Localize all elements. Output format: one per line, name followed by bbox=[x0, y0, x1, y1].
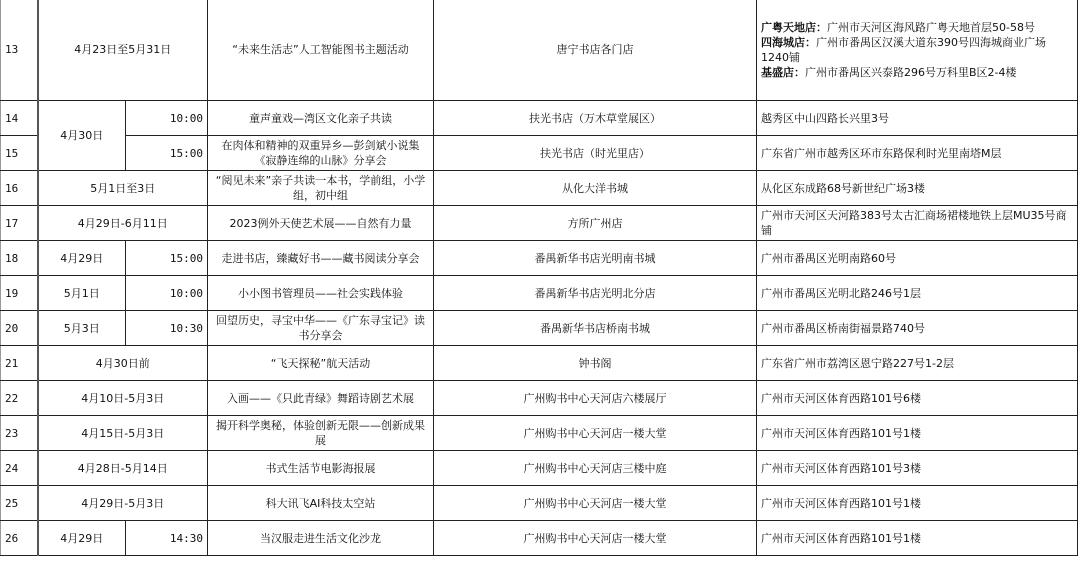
store-name: 四海城店： bbox=[761, 36, 816, 49]
event-title: 揭开科学奥秘，体验创新无限——创新成果展 bbox=[208, 416, 434, 451]
event-venue: 广州购书中心天河店一楼大堂 bbox=[434, 521, 757, 556]
event-venue: 广州购书中心天河店六楼展厅 bbox=[434, 381, 757, 416]
table-row: 16 5月1日至3日 “阅见未来”亲子共读一本书，学前组，小学组，初中组 从化大… bbox=[1, 171, 1078, 206]
table-row: 13 4月23日至5月31日 “未来生活志”人工智能图书主题活动 唐宁书店各门店… bbox=[1, 0, 1078, 101]
event-venue: 广州购书中心天河店一楼大堂 bbox=[434, 416, 757, 451]
row-number: 17 bbox=[1, 206, 38, 241]
row-number: 14 bbox=[1, 101, 38, 136]
store-address: 广州市番禺区兴泰路296号万科里B区2-4楼 bbox=[805, 66, 1017, 79]
event-time: 15:00 bbox=[126, 136, 208, 171]
event-address: 广东省广州市越秀区环市东路保利时光里南塔M层 bbox=[757, 136, 1078, 171]
event-time: 14:30 bbox=[126, 521, 208, 556]
event-address: 广州市番禺区光明北路246号1层 bbox=[757, 276, 1078, 311]
event-address: 广州市番禺区光明南路60号 bbox=[757, 241, 1078, 276]
event-venue: 方所广州店 bbox=[434, 206, 757, 241]
event-date: 4月29日 bbox=[38, 521, 126, 556]
event-date: 4月28日-5月14日 bbox=[38, 451, 208, 486]
event-venue: 钟书阁 bbox=[434, 346, 757, 381]
event-address: 广州市番禺区桥南街福景路740号 bbox=[757, 311, 1078, 346]
table-row: 24 4月28日-5月14日 书式生活节电影海报展 广州购书中心天河店三楼中庭 … bbox=[1, 451, 1078, 486]
event-title: 小小图书管理员——社会实践体验 bbox=[208, 276, 434, 311]
event-address: 广州市天河区体育西路101号3楼 bbox=[757, 451, 1078, 486]
event-title: “飞天探秘”航天活动 bbox=[208, 346, 434, 381]
event-date: 5月3日 bbox=[38, 311, 126, 346]
address-line: 基盛店：广州市番禺区兴泰路296号万科里B区2-4楼 bbox=[761, 65, 1073, 80]
row-number: 13 bbox=[1, 0, 38, 101]
table-row: 17 4月29日-6月11日 2023例外天使艺术展——自然有力量 方所广州店 … bbox=[1, 206, 1078, 241]
row-number: 19 bbox=[1, 276, 38, 311]
row-number: 22 bbox=[1, 381, 38, 416]
event-venue: 番禺新华书店光明南书城 bbox=[434, 241, 757, 276]
event-date: 4月29日-6月11日 bbox=[38, 206, 208, 241]
event-address: 广州市天河区天河路383号太古汇商场裙楼地铁上层MU35号商铺 bbox=[757, 206, 1078, 241]
event-venue: 广州购书中心天河店三楼中庭 bbox=[434, 451, 757, 486]
event-venue: 扶光书店（万木草堂展区） bbox=[434, 101, 757, 136]
event-date: 4月10日-5月3日 bbox=[38, 381, 208, 416]
table-row: 19 5月1日 10:00 小小图书管理员——社会实践体验 番禺新华书店光明北分… bbox=[1, 276, 1078, 311]
event-date: 4月23日至5月31日 bbox=[38, 0, 208, 101]
event-time: 15:00 bbox=[126, 241, 208, 276]
event-title: 当汉服走进生活文化沙龙 bbox=[208, 521, 434, 556]
event-venue: 番禺新华书店光明北分店 bbox=[434, 276, 757, 311]
event-date: 4月29日-5月3日 bbox=[38, 486, 208, 521]
event-venue: 唐宁书店各门店 bbox=[434, 0, 757, 101]
store-name: 广粤天地店： bbox=[761, 21, 827, 34]
row-number: 18 bbox=[1, 241, 38, 276]
address-line: 四海城店：广州市番禺区汉溪大道东390号四海城商业广场1240铺 bbox=[761, 35, 1073, 65]
event-title: 入画——《只此青绿》舞蹈诗剧艺术展 bbox=[208, 381, 434, 416]
table-row: 14 4月30日 10:00 童声童戏—湾区文化亲子共读 扶光书店（万木草堂展区… bbox=[1, 101, 1078, 136]
store-name: 基盛店： bbox=[761, 66, 805, 79]
event-address: 广东省广州市荔湾区恩宁路227号1-2层 bbox=[757, 346, 1078, 381]
address-line: 广粤天地店：广州市天河区海风路广粤天地首层50-58号 bbox=[761, 20, 1073, 35]
event-address: 从化区东成路68号新世纪广场3楼 bbox=[757, 171, 1078, 206]
event-title: 童声童戏—湾区文化亲子共读 bbox=[208, 101, 434, 136]
event-date: 4月15日-5月3日 bbox=[38, 416, 208, 451]
event-address: 广州市天河区体育西路101号1楼 bbox=[757, 416, 1078, 451]
event-time: 10:00 bbox=[126, 101, 208, 136]
event-title: “阅见未来”亲子共读一本书，学前组，小学组，初中组 bbox=[208, 171, 434, 206]
row-number: 25 bbox=[1, 486, 38, 521]
event-title: 走进书店，臻藏好书——藏书阅读分享会 bbox=[208, 241, 434, 276]
event-date: 4月30日前 bbox=[38, 346, 208, 381]
event-address: 越秀区中山四路长兴里3号 bbox=[757, 101, 1078, 136]
event-address: 广州市天河区体育西路101号1楼 bbox=[757, 521, 1078, 556]
event-address: 广州市天河区体育西路101号1楼 bbox=[757, 486, 1078, 521]
table-row: 23 4月15日-5月3日 揭开科学奥秘，体验创新无限——创新成果展 广州购书中… bbox=[1, 416, 1078, 451]
row-number: 23 bbox=[1, 416, 38, 451]
table-row: 21 4月30日前 “飞天探秘”航天活动 钟书阁 广东省广州市荔湾区恩宁路227… bbox=[1, 346, 1078, 381]
event-title: 回望历史，寻宝中华——《广东寻宝记》读书分享会 bbox=[208, 311, 434, 346]
row-number: 21 bbox=[1, 346, 38, 381]
event-date: 4月30日 bbox=[38, 101, 126, 171]
event-title: 2023例外天使艺术展——自然有力量 bbox=[208, 206, 434, 241]
events-table: 13 4月23日至5月31日 “未来生活志”人工智能图书主题活动 唐宁书店各门店… bbox=[0, 0, 1078, 556]
event-date: 4月29日 bbox=[38, 241, 126, 276]
event-address: 广粤天地店：广州市天河区海风路广粤天地首层50-58号 四海城店：广州市番禺区汉… bbox=[757, 0, 1078, 101]
event-venue: 番禺新华书店桥南书城 bbox=[434, 311, 757, 346]
event-date: 5月1日 bbox=[38, 276, 126, 311]
event-title: 科大讯飞AI科技太空站 bbox=[208, 486, 434, 521]
table-row: 26 4月29日 14:30 当汉服走进生活文化沙龙 广州购书中心天河店一楼大堂… bbox=[1, 521, 1078, 556]
table-row: 22 4月10日-5月3日 入画——《只此青绿》舞蹈诗剧艺术展 广州购书中心天河… bbox=[1, 381, 1078, 416]
table-row: 20 5月3日 10:30 回望历史，寻宝中华——《广东寻宝记》读书分享会 番禺… bbox=[1, 311, 1078, 346]
event-venue: 扶光书店（时光里店） bbox=[434, 136, 757, 171]
event-time: 10:30 bbox=[126, 311, 208, 346]
event-venue: 从化大洋书城 bbox=[434, 171, 757, 206]
event-title: 在肉体和精神的双重异乡—彭剑斌小说集《寂静连绵的山脉》分享会 bbox=[208, 136, 434, 171]
row-number: 16 bbox=[1, 171, 38, 206]
event-address: 广州市天河区体育西路101号6楼 bbox=[757, 381, 1078, 416]
table-row: 18 4月29日 15:00 走进书店，臻藏好书——藏书阅读分享会 番禺新华书店… bbox=[1, 241, 1078, 276]
row-number: 20 bbox=[1, 311, 38, 346]
row-number: 15 bbox=[1, 136, 38, 171]
table-row: 15 15:00 在肉体和精神的双重异乡—彭剑斌小说集《寂静连绵的山脉》分享会 … bbox=[1, 136, 1078, 171]
table-row: 25 4月29日-5月3日 科大讯飞AI科技太空站 广州购书中心天河店一楼大堂 … bbox=[1, 486, 1078, 521]
event-venue: 广州购书中心天河店一楼大堂 bbox=[434, 486, 757, 521]
row-number: 26 bbox=[1, 521, 38, 556]
event-date: 5月1日至3日 bbox=[38, 171, 208, 206]
store-address: 广州市天河区海风路广粤天地首层50-58号 bbox=[827, 21, 1035, 34]
event-title: 书式生活节电影海报展 bbox=[208, 451, 434, 486]
event-time: 10:00 bbox=[126, 276, 208, 311]
row-number: 24 bbox=[1, 451, 38, 486]
event-title: “未来生活志”人工智能图书主题活动 bbox=[208, 0, 434, 101]
